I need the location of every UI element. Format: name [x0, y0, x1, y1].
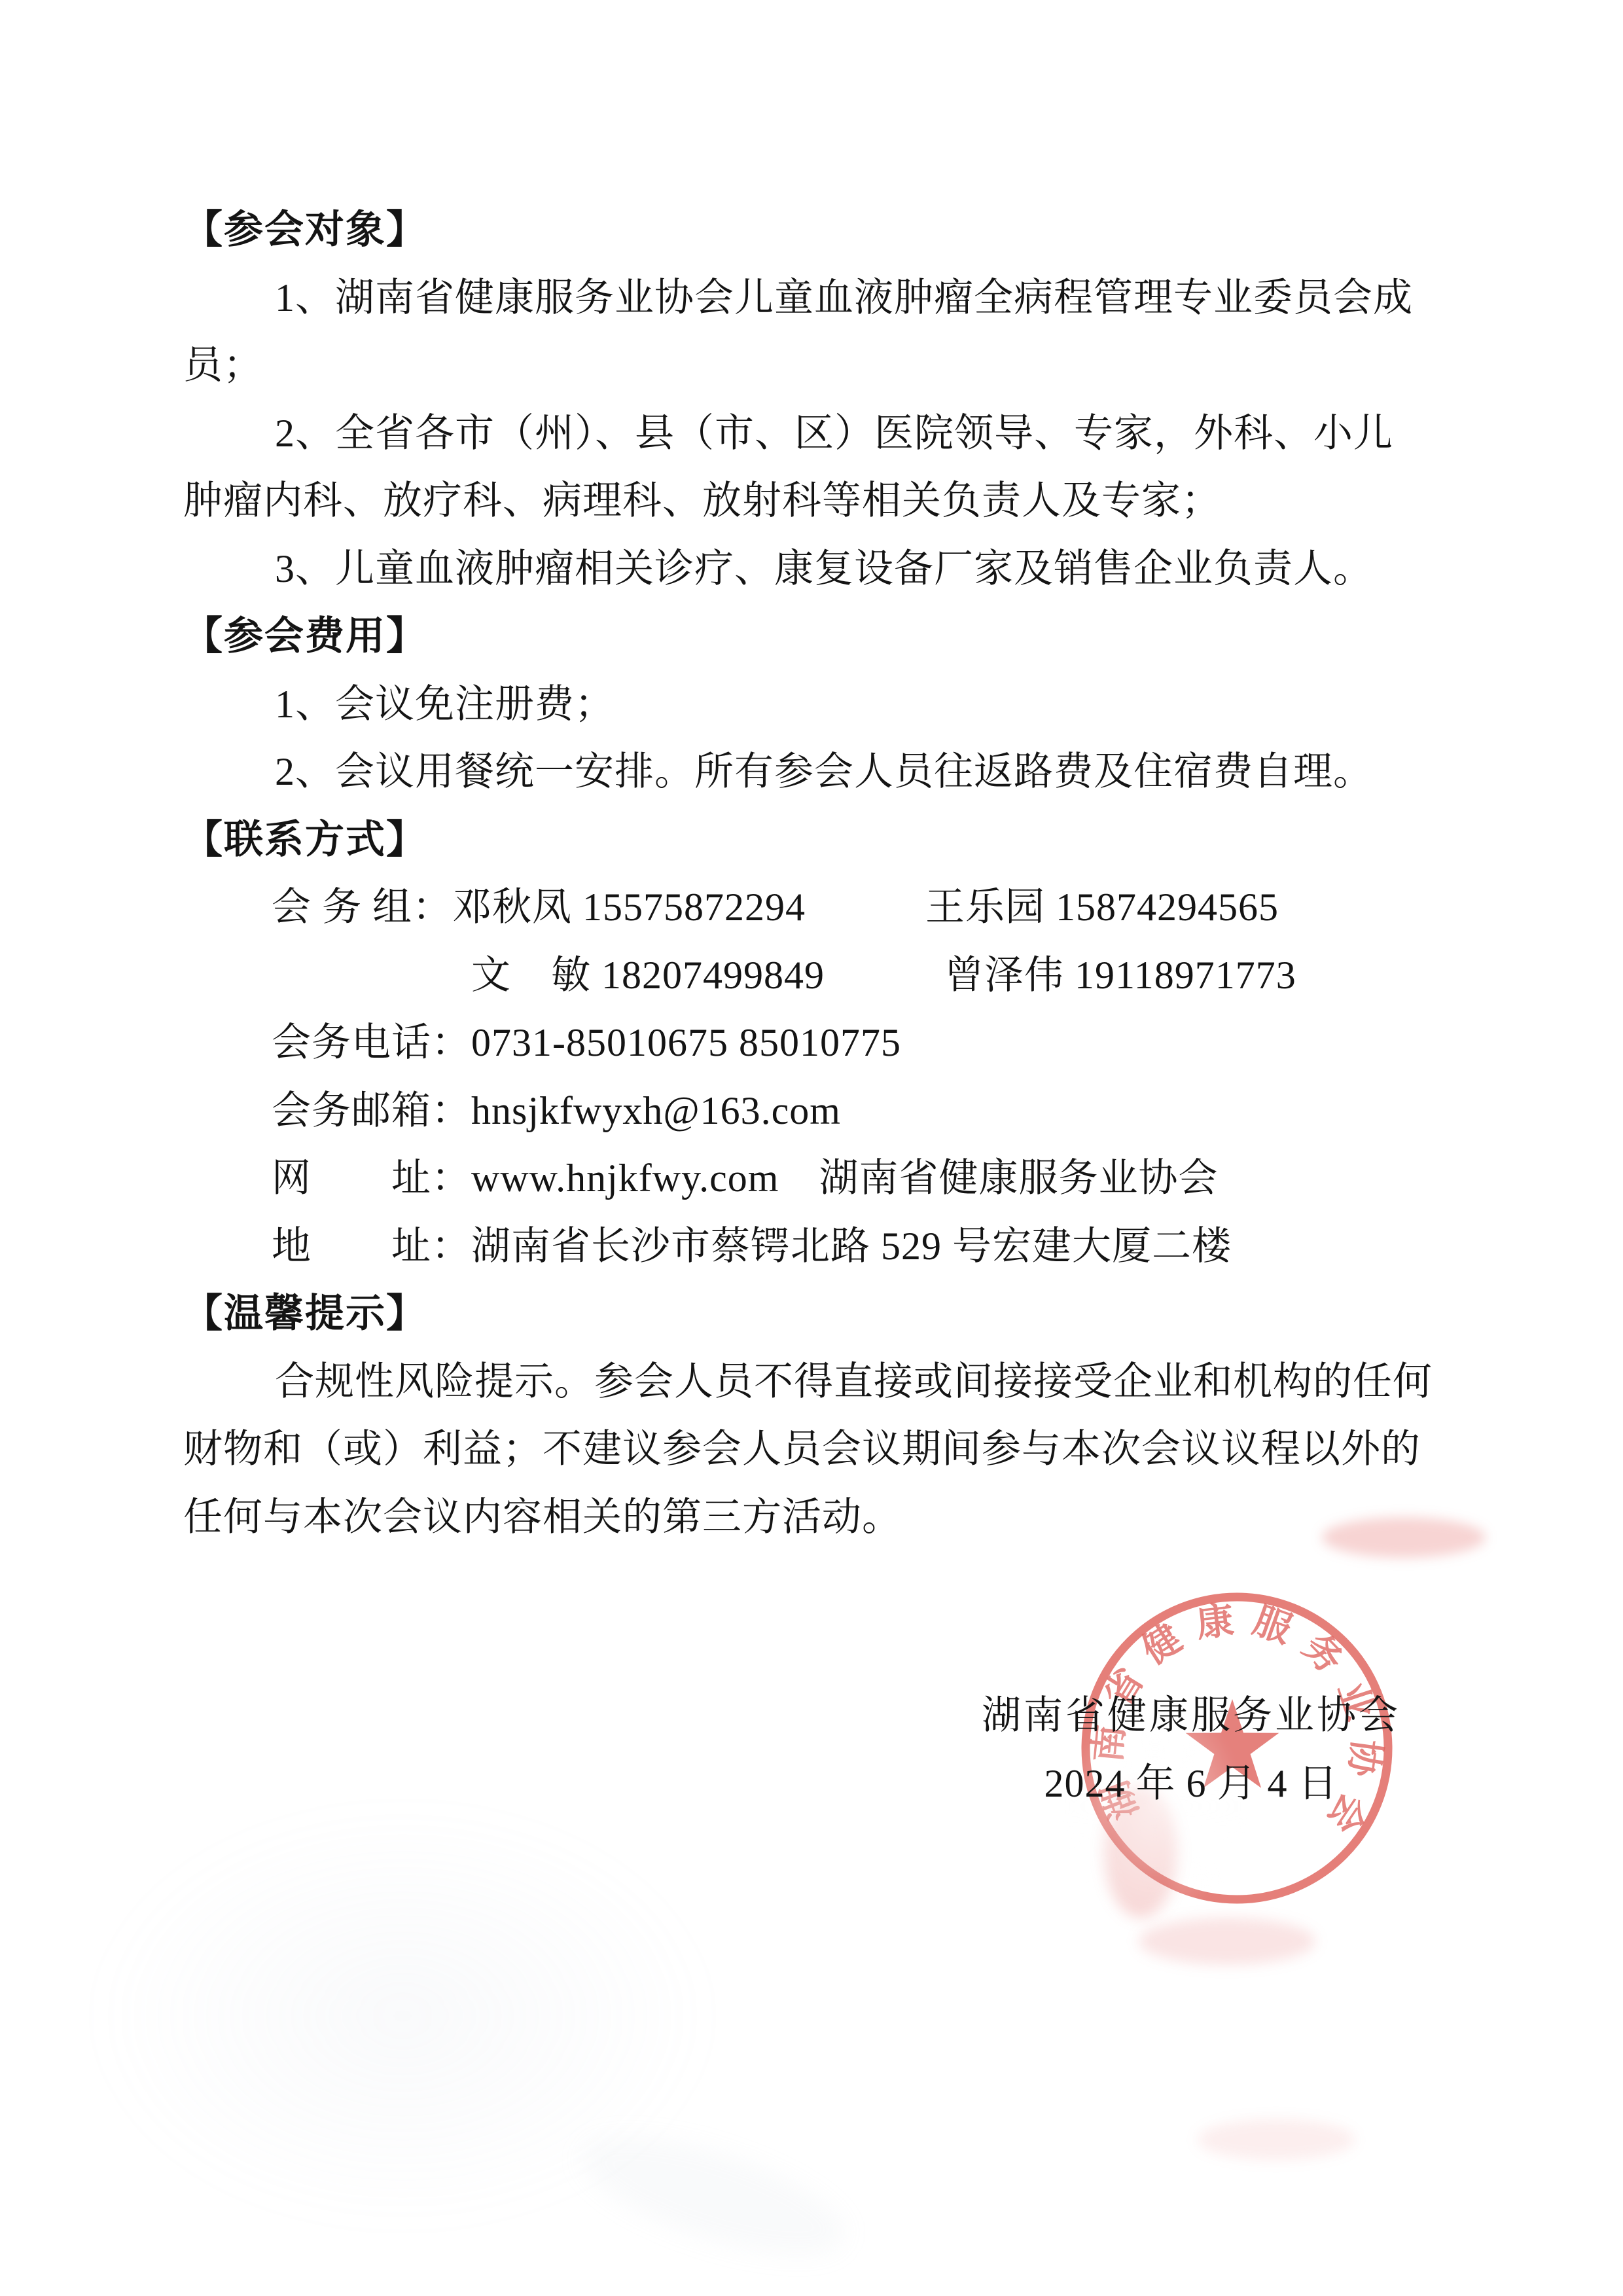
attendees-item-2: 2、全省各市（州）、县（市、区）医院领导、专家，外科、小儿 肿瘤内科、放疗科、病… [183, 400, 1446, 535]
fees-item-1: 1、会议免注册费； [183, 671, 1446, 739]
tips-body: 合规性风险提示。参会人员不得直接或间接接受企业和机构的任何 财物和（或）利益；不… [183, 1348, 1446, 1552]
section-heading-fees: 【参会费用】 [183, 603, 1446, 671]
seal-ink-smudge-bottom-2 [1198, 2119, 1355, 2160]
attendees-item-3: 3、儿童血液肿瘤相关诊疗、康复设备厂家及销售企业负责人。 [183, 535, 1446, 603]
contact-phone: 会务电话：0731-85010675 85010775 [183, 1009, 1446, 1077]
section-heading-tips: 【温馨提示】 [183, 1280, 1446, 1348]
contact-organizers-row-2: 文 敏 18207499849 曾泽伟 19118971773 [183, 942, 1446, 1010]
signature-date: 2024 年 6 月 4 日 [962, 1750, 1420, 1818]
signature-organization: 湖南省健康服务业协会 [962, 1682, 1420, 1750]
section-heading-contact: 【联系方式】 [183, 806, 1446, 874]
seal-ink-smudge-bottom-1 [1139, 1918, 1315, 1965]
contact-organizers-row-1: 会 务 组：邓秋凤 15575872294 王乐园 15874294565 [183, 874, 1446, 942]
attendees-item-1: 1、湖南省健康服务业协会儿童血液肿瘤全病程管理专业委员会成 员； [183, 264, 1446, 400]
scan-noise-streak [569, 2113, 857, 2278]
contact-address: 地 址：湖南省长沙市蔡锷北路 529 号宏建大厦二楼 [183, 1213, 1446, 1281]
fees-item-2: 2、会议用餐统一安排。所有参会人员往返路费及住宿费自理。 [183, 738, 1446, 806]
contact-email: 会务邮箱：hnsjkfwyxh@163.com [183, 1077, 1446, 1145]
contact-website: 网 址：www.hnjkfwy.com 湖南省健康服务业协会 [183, 1145, 1446, 1213]
document-body: 【参会对象】 1、湖南省健康服务业协会儿童血液肿瘤全病程管理专业委员会成 员； … [183, 196, 1446, 1551]
signature-block: 湖南省健康服务业协会 2024 年 6 月 4 日 [962, 1682, 1420, 1818]
scan-noise-blob [92, 1806, 713, 2225]
document-page: 【参会对象】 1、湖南省健康服务业协会儿童血液肿瘤全病程管理专业委员会成 员； … [0, 0, 1623, 2296]
section-heading-attendees: 【参会对象】 [183, 196, 1446, 264]
